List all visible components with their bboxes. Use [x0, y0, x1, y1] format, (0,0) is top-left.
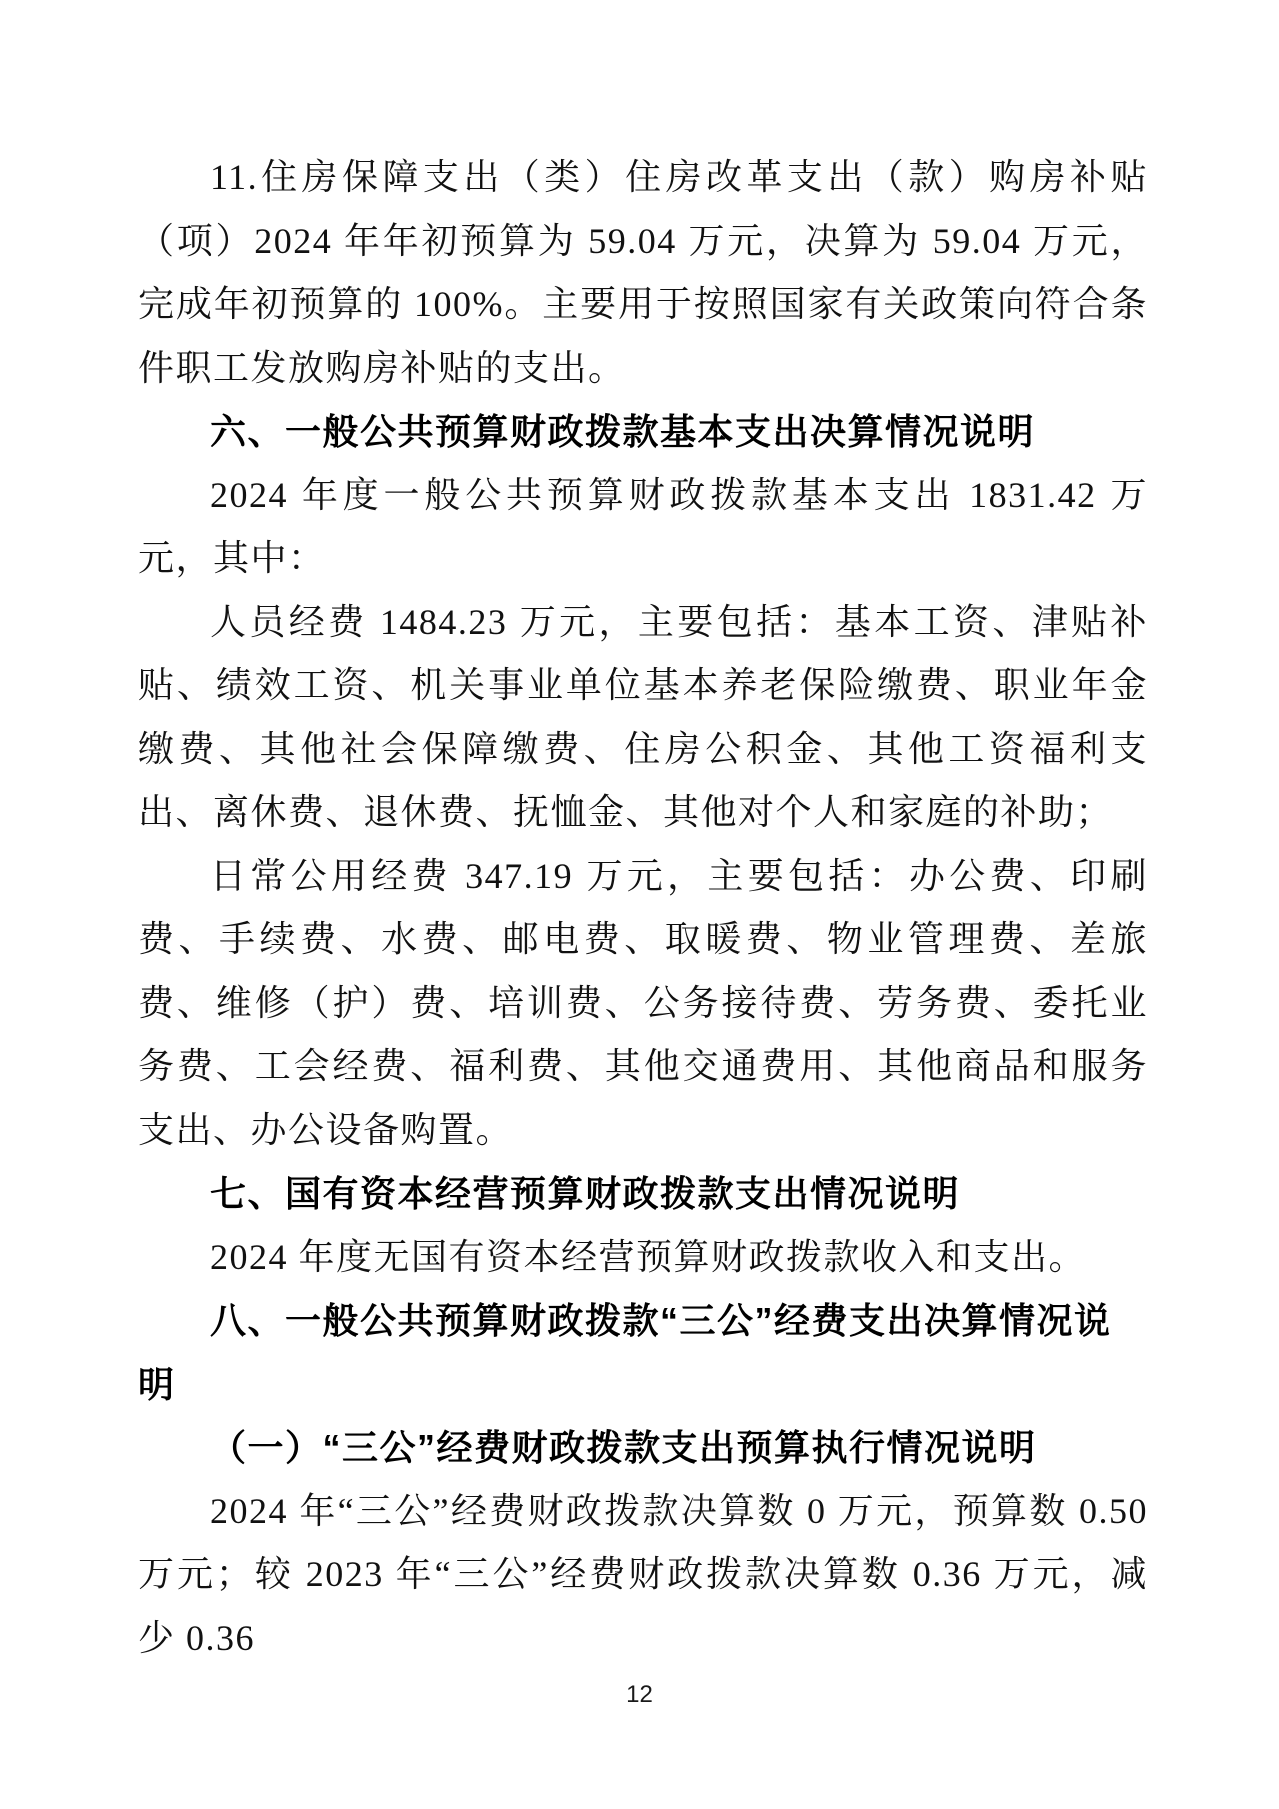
heading-section-8-1: （一）“三公”经费财政拨款支出预算执行情况说明 [138, 1416, 1148, 1480]
document-page: 11.住房保障支出（类）住房改革支出（款）购房补贴（项）2024 年年初预算为 … [0, 0, 1279, 1809]
page-number: 12 [626, 1681, 653, 1708]
heading-section-8: 八、一般公共预算财政拨款“三公”经费支出决算情况说明 [138, 1289, 1148, 1416]
page-footer: 12 [0, 1681, 1279, 1709]
paragraph-housing-subsidy: 11.住房保障支出（类）住房改革支出（款）购房补贴（项）2024 年年初预算为 … [138, 146, 1148, 400]
paragraph-state-capital: 2024 年度无国有资本经营预算财政拨款收入和支出。 [138, 1226, 1148, 1290]
paragraph-basic-expenditure: 2024 年度一般公共预算财政拨款基本支出 1831.42 万元，其中： [138, 464, 1148, 591]
paragraph-three-public-expenses: 2024 年“三公”经费财政拨款决算数 0 万元，预算数 0.50 万元；较 2… [138, 1480, 1148, 1671]
document-body: 11.住房保障支出（类）住房改革支出（款）购房补贴（项）2024 年年初预算为 … [138, 146, 1148, 1670]
paragraph-personnel-funds: 人员经费 1484.23 万元，主要包括：基本工资、津贴补贴、绩效工资、机关事业… [138, 591, 1148, 845]
paragraph-daily-public-funds: 日常公用经费 347.19 万元，主要包括：办公费、印刷费、手续费、水费、邮电费… [138, 845, 1148, 1163]
heading-section-6: 六、一般公共预算财政拨款基本支出决算情况说明 [138, 400, 1148, 464]
heading-section-7: 七、国有资本经营预算财政拨款支出情况说明 [138, 1162, 1148, 1226]
